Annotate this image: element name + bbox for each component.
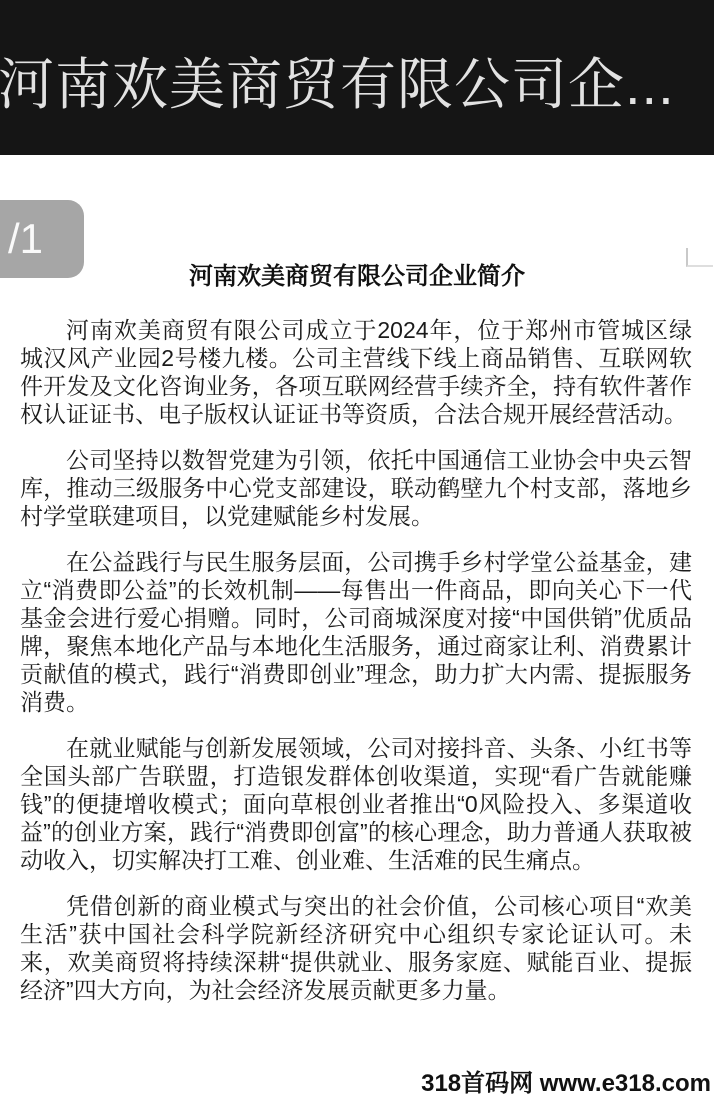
document-paragraph: 公司坚持以数智党建为引领，依托中国通信工业协会中央云智库，推动三级服务中心党支部… [20,446,692,530]
document-paragraph: 在公益践行与民生服务层面，公司携手乡村学堂公益基金，建立“消费即公益”的长效机制… [20,548,692,716]
document-paragraph: 在就业赋能与创新发展领域，公司对接抖音、头条、小红书等全国头部广告联盟，打造银发… [20,734,692,874]
document-page: 河南欢美商贸有限公司企业简介 河南欢美商贸有限公司成立于2024年，位于郑州市管… [0,155,714,1004]
document-body: 河南欢美商贸有限公司成立于2024年，位于郑州市管城区绿城汉风产业园2号楼九楼。… [0,316,714,1004]
app-header: 河南欢美商贸有限公司企... [0,0,714,155]
document-viewer-screen: 河南欢美商贸有限公司企... /1 河南欢美商贸有限公司企业简介 河南欢美商贸有… [0,0,714,1104]
watermark-text: 318首码网 www.e318.com [421,1070,711,1098]
document-paragraph: 凭借创新的商业模式与突出的社会价值，公司核心项目“欢美生活”获中国社会科学院新经… [20,892,692,1004]
header-title: 河南欢美商贸有限公司企... [0,48,714,122]
document-title: 河南欢美商贸有限公司企业简介 [0,262,714,292]
document-paragraph: 河南欢美商贸有限公司成立于2024年，位于郑州市管城区绿城汉风产业园2号楼九楼。… [20,316,692,428]
